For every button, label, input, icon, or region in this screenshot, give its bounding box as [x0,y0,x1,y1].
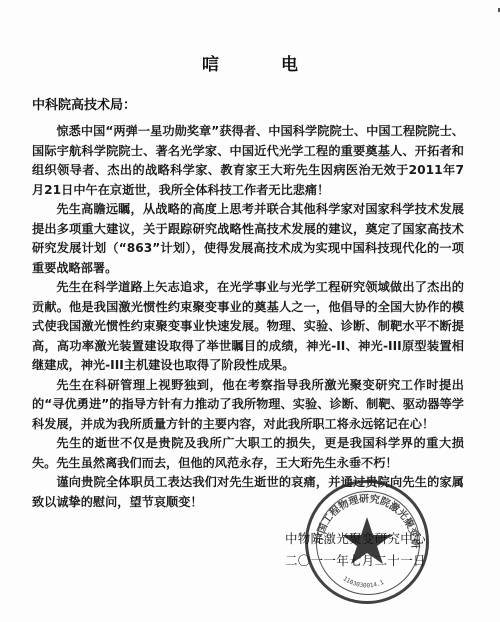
seal-code: 1103030014.1 [342,575,386,589]
letter-body: 惊悉中国“两弹一星功勋奖章”获得者、中国科学院院士、中国工程院院士、国际宇航科学… [32,122,464,512]
title-char-2: 电 [281,50,298,75]
paragraph-2: 先生高瞻远瞩，从战略的高度上思考并联合其他科学家对国家科学技术发展提出多项重大建… [32,200,464,278]
paragraph-4: 先生在科研管理上视野独到，他在考察指导我所激光聚变研究工作时提出的“寻优勇进”的… [32,376,464,435]
title-char-1: 唁 [202,50,219,75]
signature-date: 二〇一一年七月二十一日 [285,551,426,569]
paragraph-5: 先生的逝世不仅是贵院及我所广大职工的损失，更是我国科学界的重大损失。先生虽然离我… [32,434,464,473]
salutation: 中科院高技术局： [32,94,136,113]
paragraph-1: 惊悉中国“两弹一星功勋奖章”获得者、中国科学院院士、中国工程院院士、国际宇航科学… [32,122,464,200]
svg-text:1103030014.1: 1103030014.1 [342,575,386,589]
paragraph-3: 先生在科学道路上矢志追求，在光学事业与光学工程研究领域做出了杰出的贡献。他是我国… [32,278,464,376]
signature-organization: 中物院激光聚变研究中心 [285,529,426,547]
document-page: 唁电 中科院高技术局： 惊悉中国“两弹一星功勋奖章”获得者、中国科学院院士、中国… [0,0,500,622]
document-title: 唁电 [0,50,500,75]
